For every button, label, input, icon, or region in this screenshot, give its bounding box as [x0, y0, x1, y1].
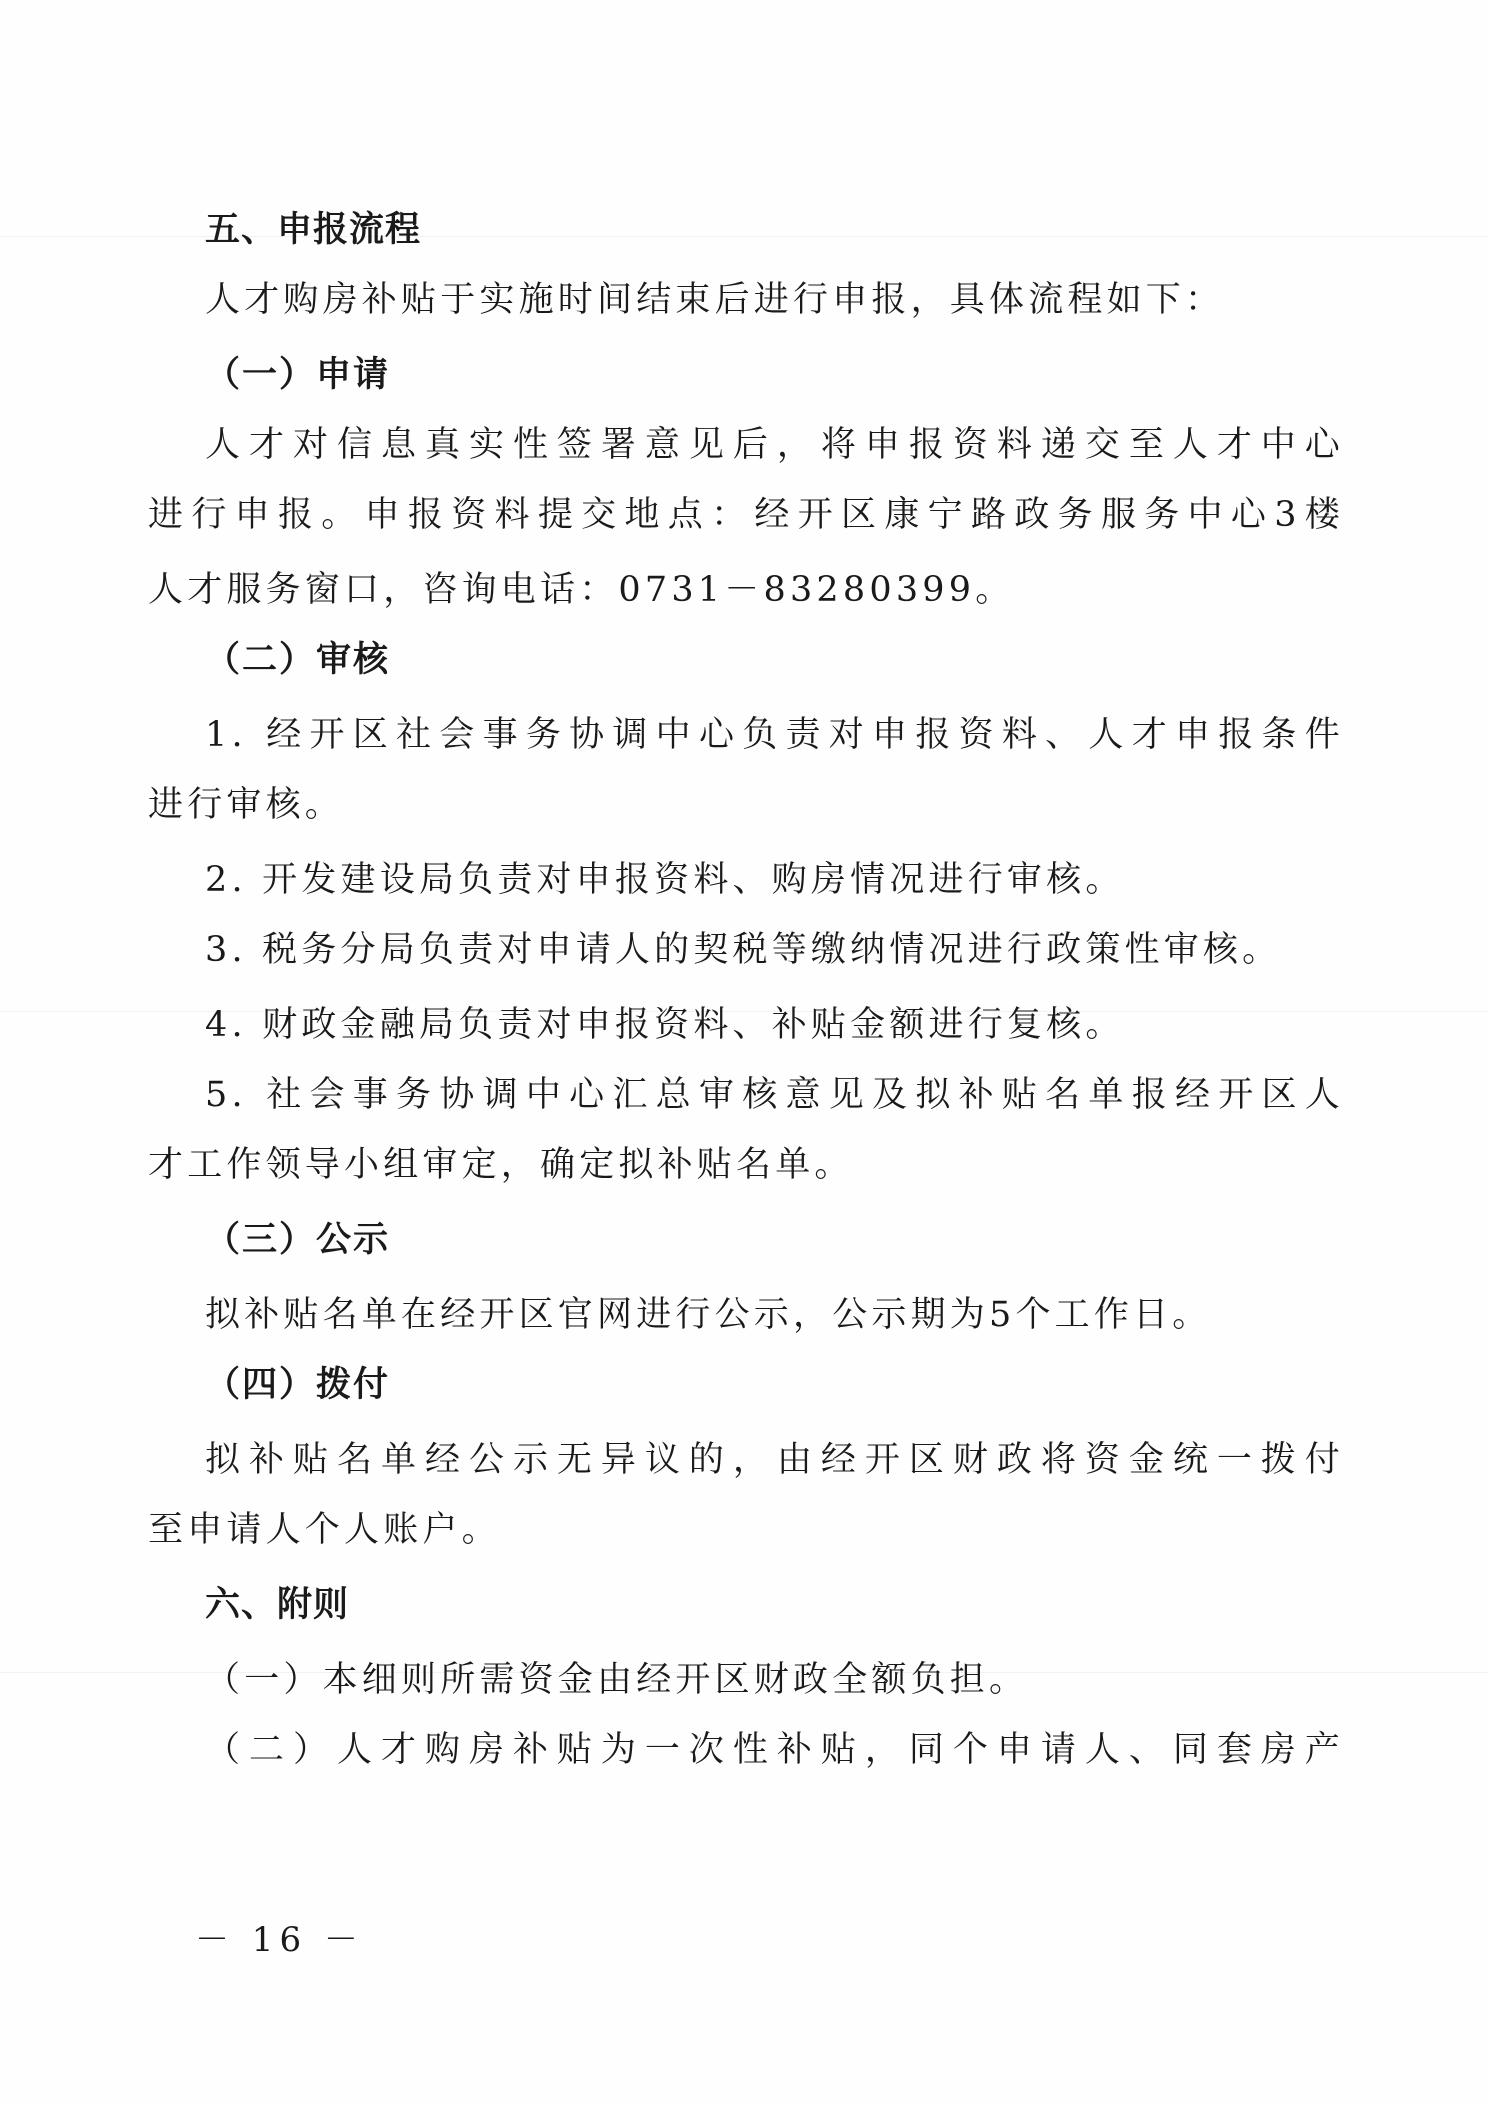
subheading-apply: （一）申请: [205, 339, 1344, 411]
paragraph-disbursement-line1: 拟补贴名单经公示无异议的，由经开区财政将资金统一拨付: [205, 1424, 1344, 1496]
paragraph-apply-line2: 进行申报。申报资料提交地点：经开区康宁路政务服务中心3楼: [148, 479, 1344, 551]
review-item-5-line2: 才工作领导小组审定，确定拟补贴名单。: [148, 1129, 1344, 1201]
paragraph-disbursement-line2: 至申请人个人账户。: [148, 1494, 1344, 1566]
review-item-3: 3. 税务分局负责对申请人的契税等缴纳情况进行政策性审核。: [205, 914, 1344, 986]
page-number: － 16 －: [195, 1915, 364, 1965]
subheading-review: （二）审核: [205, 624, 1344, 696]
paragraph-publicity: 拟补贴名单在经开区官网进行公示，公示期为5个工作日。: [205, 1279, 1344, 1351]
review-item-5-line1: 5. 社会事务协调中心汇总审核意见及拟补贴名单报经开区人: [205, 1059, 1344, 1131]
document-page: 五、申报流程 人才购房补贴于实施时间结束后进行申报，具体流程如下： （一）申请 …: [0, 0, 1488, 2104]
subheading-disbursement: （四）拨付: [205, 1349, 1344, 1421]
subheading-publicity: （三）公示: [205, 1204, 1344, 1276]
section-heading-6: 六、附则: [205, 1569, 1344, 1641]
supplementary-item-1: （一）本细则所需资金由经开区财政全额负担。: [205, 1644, 1344, 1716]
paragraph-apply-line1: 人才对信息真实性签署意见后，将申报资料递交至人才中心: [205, 409, 1344, 481]
paragraph-intro: 人才购房补贴于实施时间结束后进行申报，具体流程如下：: [205, 264, 1344, 336]
paragraph-apply-line3: 人才服务窗口，咨询电话：0731－83280399。: [148, 554, 1344, 626]
review-item-2: 2. 开发建设局负责对申报资料、购房情况进行审核。: [205, 844, 1344, 916]
review-item-4: 4. 财政金融局负责对申报资料、补贴金额进行复核。: [205, 989, 1344, 1061]
review-item-1-line2: 进行审核。: [148, 769, 1344, 841]
supplementary-item-2-line1: （二）人才购房补贴为一次性补贴，同个申请人、同套房产: [205, 1714, 1344, 1786]
section-heading-5: 五、申报流程: [205, 194, 1344, 266]
review-item-1-line1: 1. 经开区社会事务协调中心负责对申报资料、人才申报条件: [205, 699, 1344, 771]
